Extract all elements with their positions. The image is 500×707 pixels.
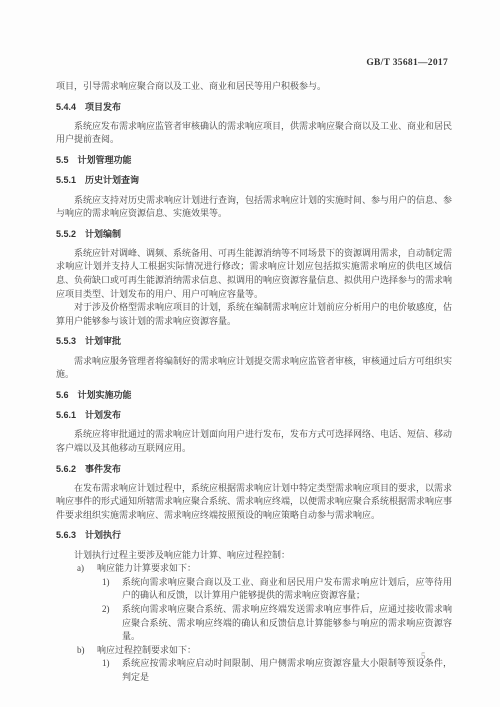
section-heading-5-6: 5.6计划实施功能	[56, 389, 452, 403]
list-marker: 2)	[102, 603, 122, 644]
heading-number: 5.5.3	[56, 335, 76, 349]
section-heading-5-6-1: 5.6.1计划发布	[56, 409, 452, 423]
heading-number: 5.5.1	[56, 174, 76, 188]
paragraph: 系统应发布需求响应监管者审核确认的需求响应项目，供需求响应聚合商以及工业、商业和…	[56, 120, 452, 147]
section-heading-5-4-4: 5.4.4项目发布	[56, 101, 452, 115]
paragraph: 系统应针对调峰、调频、系统备用、可再生能源消纳等不同场景下的资源调用需求，自动制…	[56, 247, 452, 301]
list-item-b1: 1) 系统应按需求响应启动时间限制、用户侧需求响应资源容量大小限制等预设条件，判…	[56, 657, 452, 684]
list-text: 系统应按需求响应启动时间限制、用户侧需求响应资源容量大小限制等预设条件，判定是	[122, 657, 452, 684]
section-heading-5-6-2: 5.6.2事件发布	[56, 463, 452, 477]
section-heading-5-5-2: 5.5.2计划编制	[56, 228, 452, 242]
heading-title: 计划编制	[85, 229, 121, 239]
page-header: GB/T 35681—2017	[0, 58, 448, 68]
heading-title: 计划审批	[85, 336, 121, 346]
heading-title: 项目发布	[85, 102, 121, 112]
list-text: 系统向需求响应聚合系统、需求响应终端发送需求响应事件后，应通过接收需求响应聚合系…	[122, 603, 452, 644]
list-text: 响应过程控制要求如下：	[97, 644, 452, 658]
heading-number: 5.6.1	[56, 409, 76, 423]
list-item-b: b) 响应过程控制要求如下：	[56, 644, 452, 658]
list-text: 系统向需求响应聚合商以及工业、商业和居民用户发布需求响应计划后，应等待用户的确认…	[122, 576, 452, 603]
paragraph: 对于涉及价格型需求响应项目的计划，系统在编制需求响应计划前应分析用户的电价敏感度…	[56, 301, 452, 328]
heading-title: 计划管理功能	[78, 155, 132, 165]
heading-number: 5.4.4	[56, 101, 76, 115]
section-heading-5-6-3: 5.6.3计划执行	[56, 529, 452, 543]
list-marker: 1)	[102, 576, 122, 603]
heading-title: 历史计划查询	[85, 175, 139, 185]
list-text: 响应能力计算要求如下：	[97, 562, 452, 576]
standard-number: GB/T 35681—2017	[366, 58, 448, 68]
heading-title: 计划实施功能	[78, 390, 132, 400]
document-body: 项目，引导需求响应聚合商以及工业、商业和居民等用户积极参与。 5.4.4项目发布…	[56, 80, 452, 684]
list-marker: b)	[77, 644, 97, 658]
page-number: 5	[421, 651, 426, 661]
paragraph: 在发布需求响应计划过程中，系统应根据需求响应计划中特定类型需求响应项目的要求，以…	[56, 482, 452, 523]
heading-number: 5.5.2	[56, 228, 76, 242]
paragraph: 计划执行过程主要涉及响应能力计算、响应过程控制：	[56, 549, 452, 563]
heading-title: 计划执行	[85, 530, 121, 540]
document-page: GB/T 35681—2017 项目，引导需求响应聚合商以及工业、商业和居民等用…	[0, 0, 500, 707]
paragraph: 系统应将审批通过的需求响应计划面向用户进行发布，发布方式可选择网络、电话、短信、…	[56, 428, 452, 455]
list-item-a1: 1) 系统向需求响应聚合商以及工业、商业和居民用户发布需求响应计划后，应等待用户…	[56, 576, 452, 603]
heading-number: 5.6.2	[56, 463, 76, 477]
list-item-a2: 2) 系统向需求响应聚合系统、需求响应终端发送需求响应事件后，应通过接收需求响应…	[56, 603, 452, 644]
list-item-a: a) 响应能力计算要求如下：	[56, 562, 452, 576]
list-marker: 1)	[102, 657, 122, 684]
heading-title: 事件发布	[85, 464, 121, 474]
heading-number: 5.6.3	[56, 529, 76, 543]
continuation-paragraph: 项目，引导需求响应聚合商以及工业、商业和居民等用户积极参与。	[56, 80, 452, 94]
section-heading-5-5-3: 5.5.3计划审批	[56, 335, 452, 349]
heading-title: 计划发布	[85, 410, 121, 420]
paragraph: 需求响应服务管理者将编制好的需求响应计划提交需求响应监管者审核，审核通过后方可组…	[56, 355, 452, 382]
heading-number: 5.5	[56, 154, 69, 168]
paragraph: 系统应支持对历史需求响应计划进行查询，包括需求响应计划的实施时间、参与用户的信息…	[56, 194, 452, 221]
heading-number: 5.6	[56, 389, 69, 403]
section-heading-5-5: 5.5计划管理功能	[56, 154, 452, 168]
section-heading-5-5-1: 5.5.1历史计划查询	[56, 174, 452, 188]
list-marker: a)	[77, 562, 97, 576]
